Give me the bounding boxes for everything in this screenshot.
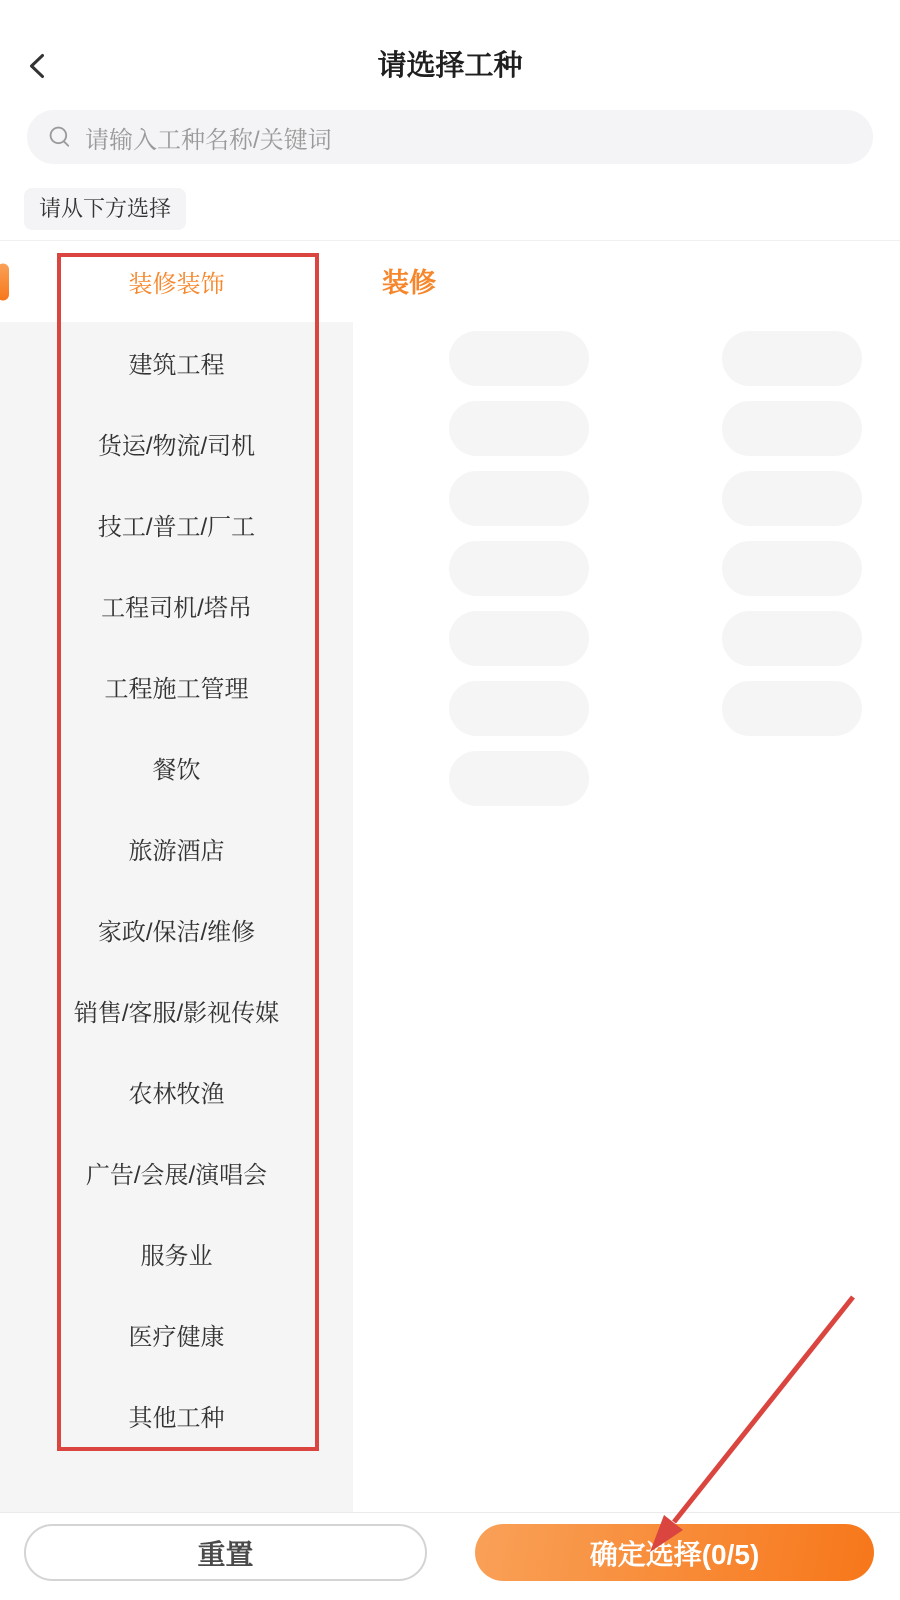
sidebar-category-label: 工程施工管理: [105, 669, 249, 704]
sidebar-category-label: 农林牧渔: [129, 1074, 225, 1109]
group-heading[interactable]: [382, 1140, 900, 1218]
subcategory-pill[interactable]: [449, 331, 589, 386]
search-icon: [47, 124, 73, 150]
reset-button[interactable]: 重置: [24, 1524, 427, 1581]
sidebar-category[interactable]: 货运/物流/司机: [0, 403, 353, 484]
group-heading[interactable]: [382, 828, 900, 906]
category-sidebar: 装修装饰 建筑工程 货运/物流/司机 技工/普工/厂工: [0, 241, 353, 1512]
subcategory-pill[interactable]: [449, 681, 589, 736]
sidebar-category[interactable]: 技工/普工/厂工: [0, 484, 353, 565]
group-heading[interactable]: [382, 1218, 900, 1296]
sidebar-category-label: 建筑工程: [129, 345, 225, 380]
group-heading[interactable]: [382, 984, 900, 1062]
confirm-button[interactable]: 确定选择(0/5): [475, 1524, 874, 1581]
sidebar-category-label: 医疗健康: [129, 1317, 225, 1352]
group-heading[interactable]: [382, 1374, 900, 1452]
sidebar-category-label: 服务业: [141, 1236, 213, 1271]
header: 请选择工种: [0, 40, 900, 92]
subcategory-pill[interactable]: [722, 611, 862, 666]
sidebar-category[interactable]: 农林牧渔: [0, 1051, 353, 1132]
sidebar-category[interactable]: 餐饮: [0, 727, 353, 808]
sidebar-category-label: 其他工种: [129, 1398, 225, 1433]
hint-tag: 请从下方选择: [24, 188, 186, 230]
group-heading[interactable]: [382, 1296, 900, 1374]
sidebar-category[interactable]: 销售/客服/影视传媒: [0, 970, 353, 1051]
sidebar-category[interactable]: 建筑工程: [0, 322, 353, 403]
group-heading[interactable]: [382, 1062, 900, 1140]
sidebar-category[interactable]: 家政/保洁/维修: [0, 889, 353, 970]
sidebar-category[interactable]: 医疗健康: [0, 1294, 353, 1375]
sidebar-category-label: 广告/会展/演唱会: [86, 1155, 267, 1190]
subcategory-panel: 装修: [353, 241, 900, 1512]
group-heading[interactable]: [382, 1452, 900, 1512]
subcategory-pill[interactable]: [449, 611, 589, 666]
search-input[interactable]: 请输入工种名称/关键词: [27, 110, 873, 164]
sidebar-category[interactable]: 广告/会展/演唱会: [0, 1132, 353, 1213]
job-type-picker-screen: 请选择工种 请输入工种名称/关键词 请从下方选择 装修装饰 建筑工程: [0, 0, 900, 1600]
search-placeholder: 请输入工种名称/关键词: [85, 120, 332, 155]
footer-bar: 重置 确定选择(0/5): [0, 1512, 900, 1600]
sidebar-category[interactable]: 工程施工管理: [0, 646, 353, 727]
sidebar-category-label: 装修装饰: [129, 264, 225, 299]
sidebar-category[interactable]: 服务业: [0, 1213, 353, 1294]
subcategory-pill[interactable]: [449, 541, 589, 596]
group-heading[interactable]: [382, 906, 900, 984]
pill-grid: [382, 323, 900, 813]
subcategory-pill[interactable]: [722, 401, 862, 456]
sidebar-category-label: 货运/物流/司机: [98, 426, 255, 461]
sidebar-category-label: 旅游酒店: [129, 831, 225, 866]
subcategory-pill[interactable]: [449, 471, 589, 526]
subcategory-pill[interactable]: [449, 751, 589, 806]
group-list: [382, 828, 900, 1512]
subcategory-pill[interactable]: [722, 541, 862, 596]
subcategory-pill[interactable]: [722, 331, 862, 386]
sidebar-category-label: 工程司机/塔吊: [101, 588, 252, 623]
subcategory-pill[interactable]: [722, 471, 862, 526]
subcategory-pill[interactable]: [722, 681, 862, 736]
sidebar-category[interactable]: 装修装饰: [0, 241, 353, 322]
selected-indicator: [0, 263, 9, 300]
back-icon[interactable]: [24, 51, 54, 81]
sidebar-category-label: 技工/普工/厂工: [98, 507, 255, 542]
sidebar-category[interactable]: 工程司机/塔吊: [0, 565, 353, 646]
page-title: 请选择工种: [0, 40, 900, 92]
sidebar-category[interactable]: 其他工种: [0, 1375, 353, 1456]
sidebar-category[interactable]: 旅游酒店: [0, 808, 353, 889]
picker-body: 装修装饰 建筑工程 货运/物流/司机 技工/普工/厂工: [0, 241, 900, 1512]
subcategory-pill[interactable]: [449, 401, 589, 456]
group-title: 装修: [382, 268, 900, 299]
sidebar-category-label: 家政/保洁/维修: [98, 912, 255, 947]
sidebar-category-label: 销售/客服/影视传媒: [74, 993, 279, 1028]
sidebar-category-label: 餐饮: [153, 750, 201, 785]
